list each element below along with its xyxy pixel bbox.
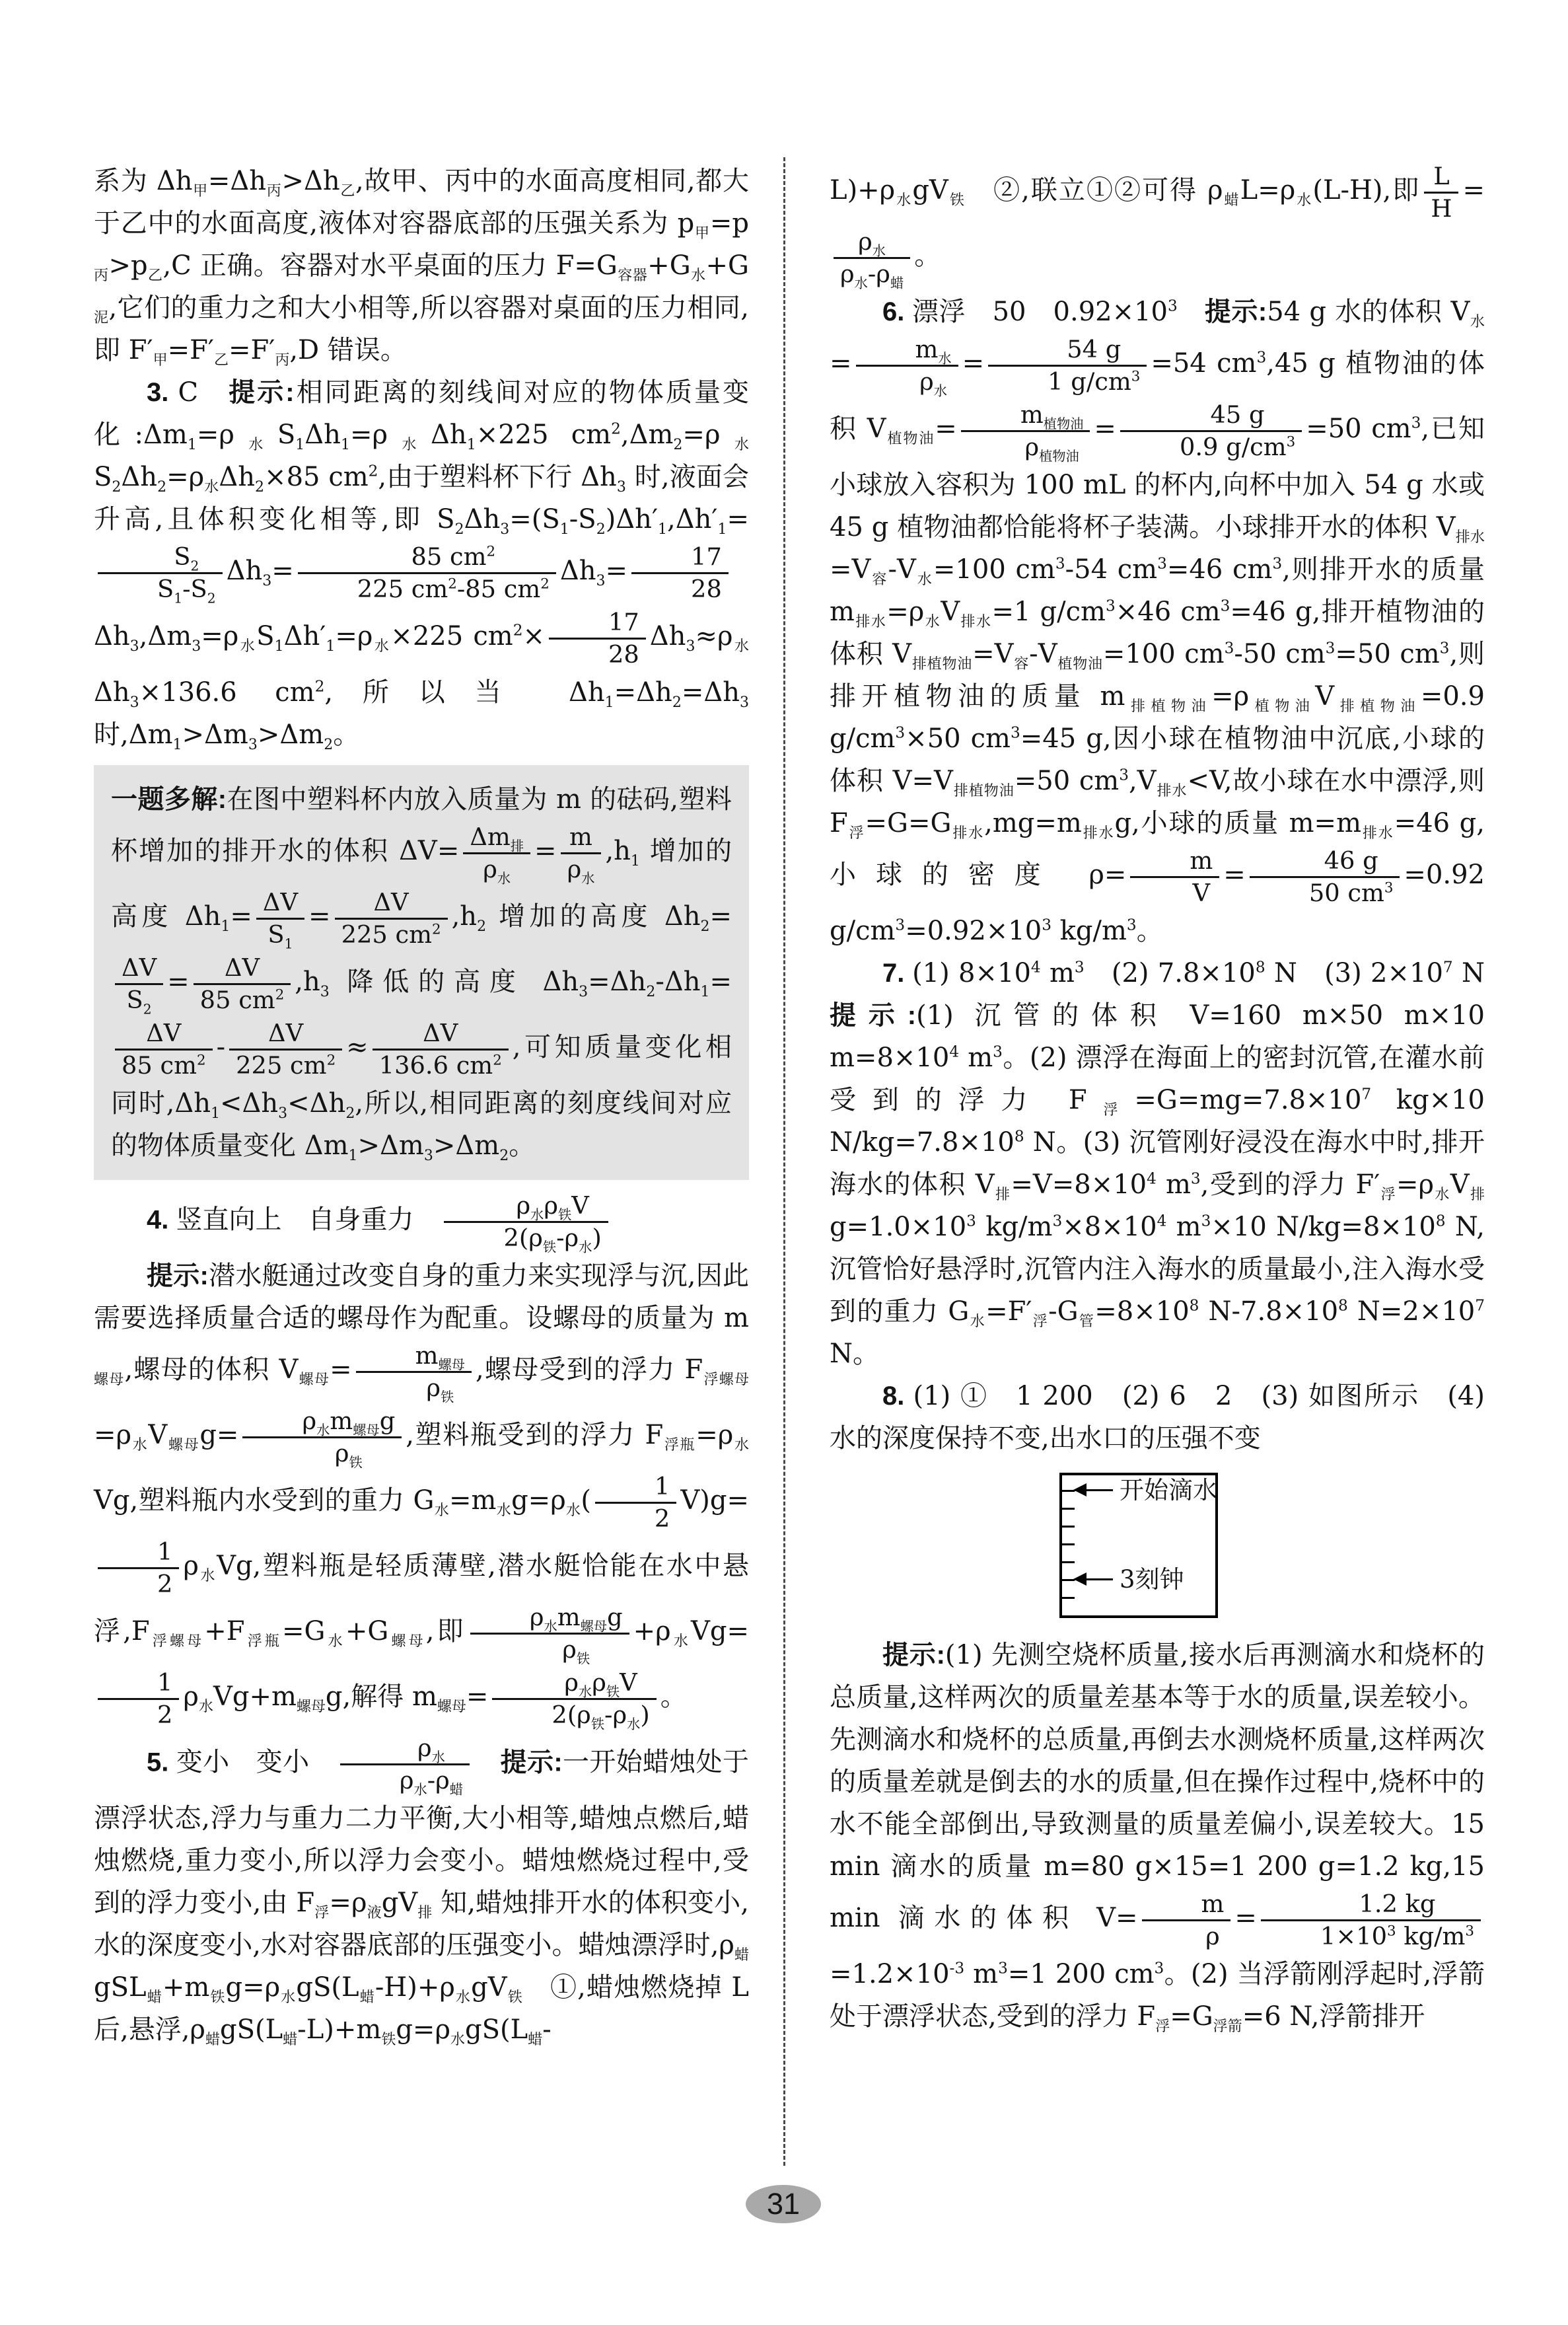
- subscript: 水: [455, 1989, 471, 2006]
- superscript: 3: [1191, 1170, 1201, 1188]
- fraction: mV: [1130, 846, 1219, 908]
- subscript: 排: [995, 1187, 1011, 1203]
- multi-solution-callout: 一题多解:在图中塑料杯内放入质量为 m 的砝码,塑料杯增加的排开水的体积 ΔV=…: [94, 765, 749, 1180]
- subscript: 水: [1295, 192, 1312, 209]
- superscript: 3: [966, 1212, 976, 1230]
- subscript: 水: [199, 1699, 213, 1715]
- superscript: 3: [1075, 959, 1085, 977]
- page-number: 31: [767, 2187, 800, 2221]
- subscript: 水: [496, 1502, 511, 1519]
- answer-item: 6. 漂浮 50 0.92×103 提示:54 g 水的体积 V水=m水ρ水=5…: [830, 291, 1485, 952]
- superscript: 8: [1190, 1297, 1199, 1315]
- subscript: 浮螺母: [703, 1372, 749, 1388]
- bold-label: 提示:: [147, 1261, 209, 1290]
- fraction: mρ水: [561, 822, 602, 885]
- subscript: 水: [497, 870, 511, 886]
- subscript: 铁: [558, 1206, 571, 1222]
- fraction: ΔV85 cm2: [115, 1018, 213, 1081]
- fraction: Δm排ρ水: [463, 822, 530, 885]
- subscript: 水: [581, 870, 594, 886]
- fraction: ΔVS1: [256, 887, 304, 950]
- fraction: S2S1-S2: [98, 542, 223, 605]
- subscript: 水: [855, 275, 868, 291]
- text-run: L)+ρ水gV铁 ②,联立①②可得 ρ蜡L=ρ水(L-H),即LH=ρ水ρ水-ρ…: [830, 175, 1485, 271]
- subscript: 甲: [192, 183, 207, 200]
- subscript: 水: [969, 1313, 985, 1330]
- subscript: 排水: [1082, 825, 1115, 842]
- subscript: 浮: [314, 1905, 329, 1921]
- subscript: 容器: [618, 268, 647, 284]
- subscript: 浮瓶: [663, 1437, 695, 1454]
- fraction: ρ水m螺母gρ铁: [242, 1406, 402, 1469]
- bold-label: 7.: [882, 959, 912, 988]
- subscript: 排: [1470, 1187, 1485, 1203]
- paragraph: 系为 Δh甲=Δh丙>Δh乙,故甲、丙中的水面高度相同,都大于乙中的水面高度,液…: [94, 160, 749, 371]
- subscript: 蜡: [147, 1989, 162, 2006]
- subscript: 液: [367, 1905, 381, 1921]
- subscript: 铁: [543, 1239, 556, 1255]
- subscript: 1: [285, 936, 293, 951]
- subscript: 排植物油: [1125, 698, 1211, 715]
- subscript: 管: [1079, 1313, 1095, 1330]
- superscript: 4: [1157, 1212, 1167, 1230]
- text-run: 系为 Δh甲=Δh丙>Δh乙,故甲、丙中的水面高度相同,都大于乙中的水面高度,液…: [94, 166, 749, 365]
- bold-label: 提示:: [882, 1641, 945, 1670]
- subscript: 1: [326, 638, 335, 655]
- subscript: 蜡: [890, 275, 904, 291]
- subscript: 1: [275, 638, 284, 655]
- superscript: 2: [315, 678, 325, 696]
- subscript: 1: [605, 694, 614, 711]
- fraction: ΔV85 cm2: [194, 953, 291, 1015]
- subscript: 水: [1434, 1187, 1450, 1203]
- subscript: 3: [500, 521, 509, 538]
- subscript: 排: [511, 838, 524, 854]
- subscript: 2: [190, 558, 199, 573]
- subscript: 3: [740, 694, 749, 711]
- subscript: 水: [938, 350, 951, 366]
- subscript: 2: [112, 479, 121, 496]
- fraction: 1.2 kg1×103 kg/m3: [1261, 1889, 1481, 1952]
- superscript: 3: [1201, 1212, 1211, 1230]
- superscript: 3: [1119, 766, 1129, 784]
- column-divider: [783, 157, 785, 2166]
- bold-label: 提示:: [501, 1748, 563, 1777]
- subscript: 排植物油: [953, 783, 1015, 799]
- subscript: 水: [530, 1206, 544, 1222]
- subscript: 排水: [1456, 529, 1485, 546]
- subscript: 3: [579, 984, 588, 1000]
- paragraph: 提示:潜水艇通过改变自身的重力来实现浮与沉,因此需要选择质量合适的螺母作为配重。…: [94, 1255, 749, 1732]
- superscript: 3: [1411, 414, 1421, 432]
- right-column: L)+ρ水gV铁 ②,联立①②可得 ρ蜡L=ρ水(L-H),即LH=ρ水ρ水-ρ…: [830, 160, 1485, 2038]
- subscript: 浮箭: [1213, 2018, 1242, 2035]
- subscript: 容: [1014, 656, 1030, 673]
- subscript: 水: [691, 268, 706, 284]
- superscript: 7: [1361, 1086, 1371, 1103]
- subscript: 3: [130, 694, 139, 711]
- scale-tick: [1062, 1561, 1075, 1563]
- workbook-answer-page: 系为 Δh甲=Δh丙>Δh乙,故甲、丙中的水面高度相同,都大于乙中的水面高度,液…: [0, 0, 1568, 2325]
- bold-label: 6.: [882, 297, 912, 326]
- text-run: 潜水艇通过改变自身的重力来实现浮与沉,因此需要选择质量合适的螺母作为配重。设螺母…: [94, 1261, 749, 1712]
- superscript: 3: [1384, 880, 1394, 897]
- subscript: 水: [326, 1633, 345, 1650]
- superscript: -3: [950, 1959, 965, 1977]
- subscript: 1: [174, 590, 182, 606]
- subscript: 铁: [507, 1989, 523, 2006]
- subscript: 容: [871, 572, 888, 588]
- subscript: 植物油: [1249, 698, 1315, 715]
- fraction: m螺母ρ铁: [356, 1341, 472, 1403]
- subscript: 水: [671, 1633, 691, 1650]
- superscript: 2: [327, 1052, 336, 1069]
- superscript: 2: [197, 1052, 206, 1069]
- subscript: 水: [733, 1437, 749, 1454]
- subscript: 2: [207, 590, 216, 606]
- subscript: 水: [373, 638, 390, 655]
- superscript: 3: [1042, 916, 1051, 934]
- superscript: 2: [448, 576, 457, 593]
- subscript: 水: [450, 2032, 465, 2048]
- bold-label: 提示:: [830, 1001, 916, 1030]
- bold-label: 3.: [147, 378, 178, 407]
- fraction: ρ水ρ铁V2(ρ铁-ρ水): [492, 1668, 656, 1730]
- subscript: 乙: [214, 352, 229, 369]
- subscript: 3: [192, 638, 201, 655]
- superscript: 3: [998, 1959, 1008, 1977]
- superscript: 3: [1155, 1959, 1164, 1977]
- subscript: 铁: [441, 1389, 454, 1405]
- subscript: 1: [349, 1148, 358, 1164]
- superscript: 3: [895, 916, 905, 934]
- subscript: 螺母: [297, 1699, 326, 1715]
- subscript: 浮螺母: [150, 1633, 205, 1650]
- answer-item: 3. C 提示:相同距离的刻线间对应的物体质量变化:Δm1=ρ水S1Δh1=ρ水…: [94, 371, 749, 756]
- subscript: 排水: [951, 825, 984, 842]
- subscript: 水: [234, 437, 277, 453]
- subscript: 铁: [948, 192, 966, 209]
- superscript: 2: [493, 1052, 502, 1069]
- subscript: 3: [686, 638, 695, 655]
- subscript: 2: [646, 984, 655, 1000]
- subscript: 1: [560, 521, 569, 538]
- subscript: 2: [143, 1001, 152, 1017]
- subscript: 1: [631, 853, 640, 869]
- superscript: 2: [540, 576, 550, 593]
- fraction: ρ水ρ水-ρ蜡: [340, 1733, 470, 1796]
- fraction: 45 g0.9 g/cm3: [1120, 400, 1302, 462]
- fraction: 12: [595, 1471, 676, 1534]
- text-run: (1) 8×104 m3 (2) 7.8×108 N (3) 2×107 N: [912, 958, 1511, 988]
- subscript: 水: [566, 1502, 581, 1519]
- answer-item: 8. (1) ① 1 200 (2) 6 2 (3) 如图所示 (4) 水的深度…: [830, 1375, 1485, 1459]
- subscript: 水: [316, 1422, 330, 1438]
- subscript: 水: [434, 1502, 449, 1519]
- subscript: 铁: [349, 1454, 363, 1470]
- subscript: 2: [477, 918, 486, 935]
- subscript: 水: [627, 1716, 640, 1732]
- superscript: 3: [1052, 1212, 1062, 1230]
- subscript: 水: [924, 614, 941, 630]
- answer-item: 4. 竖直向上 自身重力 ρ水ρ铁V2(ρ铁-ρ水): [94, 1189, 749, 1255]
- subscript: 螺母: [353, 1422, 379, 1438]
- superscript: 2: [611, 420, 621, 438]
- subscript: 铁: [606, 1683, 620, 1699]
- paragraph: L)+ρ水gV铁 ②,联立①②可得 ρ蜡L=ρ水(L-H),即LH=ρ水ρ水-ρ…: [830, 160, 1485, 291]
- text-run: (1) 沉管的体积 V=160 m×50 m×10 m=8×104 m3。(2)…: [830, 1000, 1485, 1369]
- superscript: 3: [1287, 434, 1296, 451]
- superscript: 2: [513, 622, 523, 640]
- fraction: LH: [1424, 161, 1458, 224]
- subscript: 水: [131, 1437, 148, 1454]
- text-run: 漂浮 50 0.92×103: [912, 297, 1205, 327]
- superscript: 3: [1011, 724, 1020, 742]
- subscript: 植物油: [1057, 656, 1103, 673]
- superscript: 7: [1475, 1297, 1485, 1315]
- bold-label: 提示:: [1205, 297, 1267, 326]
- page-number-badge: 31: [746, 2185, 821, 2223]
- subscript: 蜡: [283, 2032, 297, 2048]
- subscript: 3: [278, 1105, 287, 1122]
- superscript: 3: [1127, 916, 1137, 934]
- subscript: 1: [717, 521, 727, 538]
- text-run: 54 g 水的体积 V水=m水ρ水=54 g1 g/cm3=54 cm3,45 …: [830, 297, 1485, 946]
- fraction: ρ水ρ铁V2(ρ铁-ρ水): [444, 1191, 608, 1253]
- superscript: 8: [1338, 1297, 1348, 1315]
- superscript: 2: [432, 922, 441, 938]
- superscript: 3: [1055, 555, 1065, 573]
- bold-label: 8.: [882, 1382, 913, 1411]
- subscript: 2: [596, 521, 606, 538]
- superscript: 3: [1106, 597, 1116, 615]
- subscript: 排水: [855, 614, 886, 630]
- scale-tick: [1062, 1526, 1075, 1528]
- subscript: 2: [324, 737, 333, 753]
- subscript: 水: [720, 437, 749, 453]
- subscript: 水: [204, 479, 219, 496]
- subscript: 3: [248, 737, 258, 753]
- text-run: (1) ① 1 200 (2) 6 2 (3) 如图所示 (4) 水的深度保持不…: [830, 1381, 1485, 1454]
- subscript: 水: [934, 383, 947, 398]
- bold-label: 4.: [147, 1205, 176, 1234]
- scale-tick: [1062, 1597, 1075, 1599]
- superscript: 3: [993, 1043, 1003, 1061]
- subscript: 蜡: [734, 1947, 749, 1964]
- subscript: 水: [732, 638, 748, 655]
- subscript: 植物油: [1044, 416, 1084, 431]
- subscript: 水: [1470, 314, 1485, 330]
- subscript: 排水: [1157, 783, 1188, 799]
- superscript: 8: [1256, 959, 1265, 977]
- subscript: 铁: [577, 1650, 590, 1666]
- superscript: 4: [1147, 1170, 1157, 1188]
- paragraph: 提示:(1) 先测空烧杯质量,接水后再测滴水和烧杯的总质量,这样两次的质量差基本…: [830, 1634, 1485, 2038]
- subscript: 水: [413, 1781, 427, 1797]
- bold-label: 5.: [147, 1748, 176, 1777]
- scale-tick: [1062, 1543, 1075, 1545]
- subscript: 1: [221, 918, 230, 935]
- figure-label: 开始滴水: [1120, 1478, 1217, 1502]
- figure-label: 3刻钟: [1120, 1567, 1184, 1592]
- superscript: 3: [895, 724, 905, 742]
- subscript: 3: [320, 984, 330, 1000]
- subscript: 丙: [266, 183, 281, 200]
- subscript: 螺母: [94, 1372, 124, 1388]
- fraction: m植物油ρ植物油: [961, 400, 1090, 462]
- fraction: 12: [98, 1668, 179, 1730]
- subscript: 乙: [148, 268, 163, 284]
- figure-annotation: 3刻钟: [1075, 1567, 1184, 1593]
- fraction: m水ρ水: [856, 334, 958, 397]
- superscript: 2: [487, 544, 496, 560]
- subscript: 浮: [1380, 1187, 1396, 1203]
- subscript: 铁: [591, 1716, 604, 1732]
- fraction: 54 g1 g/cm3: [988, 334, 1147, 397]
- subscript: 蜡: [1223, 192, 1240, 209]
- fraction: 1728: [631, 542, 729, 605]
- superscript: 3: [1465, 1923, 1474, 1940]
- subscript: 水: [579, 1239, 592, 1255]
- subscript: 水: [579, 1683, 592, 1699]
- fraction: 85 cm2225 cm2-85 cm2: [298, 542, 556, 605]
- subscript: 2: [499, 1148, 509, 1164]
- fraction: mρ: [1142, 1889, 1231, 1952]
- left-arrow-icon: [1075, 1578, 1113, 1580]
- superscript: 3: [1387, 1923, 1396, 1940]
- subscript: 水: [432, 1749, 445, 1765]
- bold-label: 提示:: [229, 378, 294, 407]
- subscript: 1: [341, 437, 350, 453]
- subscript: 丙: [94, 268, 108, 284]
- fraction: ρ水m螺母gρ铁: [470, 1602, 629, 1665]
- subscript: 1: [211, 1105, 220, 1122]
- subscript: 蜡: [359, 1989, 375, 2006]
- text-run: 竖直向上 自身重力 ρ水ρ铁V2(ρ铁-ρ水): [176, 1204, 612, 1235]
- subscript: 浮: [1087, 1102, 1135, 1119]
- subscript: 蜡: [450, 1781, 463, 1797]
- fraction: ρ水ρ水-ρ蜡: [834, 227, 910, 289]
- subscript: 1: [188, 437, 197, 453]
- subscript: 排: [417, 1905, 432, 1921]
- subscript: 浮: [848, 825, 865, 842]
- subscript: 铁: [381, 2032, 396, 2048]
- paragraph: 一题多解:在图中塑料杯内放入质量为 m 的砝码,塑料杯增加的排开水的体积 ΔV=…: [111, 778, 732, 1167]
- subscript: 铁: [209, 1989, 225, 2006]
- subscript: 3: [424, 1148, 433, 1164]
- text-run: C: [178, 377, 229, 408]
- text-run: (1) 先测空烧杯质量,接水后再测滴水和烧杯的总质量,这样两次的质量差基本等于水…: [830, 1640, 1485, 2032]
- subscript: 1: [658, 521, 667, 538]
- subscript: 排水: [960, 614, 991, 630]
- subscript: 2: [672, 694, 682, 711]
- subscript: 3: [596, 573, 606, 589]
- fraction: ΔV225 cm2: [229, 1018, 342, 1081]
- figure-annotation: 开始滴水: [1075, 1477, 1217, 1504]
- superscript: 3: [1168, 297, 1178, 315]
- subscript: 植物油: [1039, 448, 1079, 464]
- superscript: 2: [275, 987, 285, 1004]
- text-run: 变小 变小 ρ水ρ水-ρ蜡: [176, 1747, 501, 1777]
- superscript: 3: [1440, 640, 1450, 657]
- subscript: 浮: [1032, 1313, 1048, 1330]
- superscript: 3: [1326, 640, 1336, 657]
- superscript: 3: [1221, 597, 1230, 615]
- subscript: 3: [617, 479, 626, 496]
- subscript: 螺母: [298, 1372, 330, 1388]
- subscript: 植物油: [886, 431, 935, 447]
- answer-item: 5. 变小 变小 ρ水ρ水-ρ蜡 提示:一开始蜡烛处于漂浮状态,浮力与重力二力平…: [94, 1732, 749, 2051]
- subscript: 排水: [1361, 825, 1394, 842]
- subscript: 3: [262, 573, 271, 589]
- left-column: 系为 Δh甲=Δh丙>Δh乙,故甲、丙中的水面高度相同,都大于乙中的水面高度,液…: [94, 160, 749, 2051]
- subscript: 2: [700, 918, 709, 935]
- dripper-scale-figure: 开始滴水3刻钟: [1059, 1473, 1218, 1618]
- subscript: 乙: [340, 183, 355, 200]
- subscript: 螺母: [167, 1437, 199, 1454]
- subscript: 螺母: [437, 1699, 466, 1715]
- subscript: 甲: [153, 352, 168, 369]
- superscript: 3: [1272, 555, 1282, 573]
- left-arrow-icon: [1075, 1489, 1113, 1491]
- fraction: 46 g50 cm3: [1250, 846, 1400, 908]
- fraction: ΔV136.6 cm2: [373, 1018, 509, 1081]
- subscript: 1: [295, 437, 304, 453]
- subscript: 水: [895, 192, 912, 209]
- subscript: 2: [455, 521, 464, 538]
- subscript: 水: [280, 1989, 296, 2006]
- superscript: 2: [369, 462, 378, 480]
- subscript: 1: [467, 437, 476, 453]
- superscript: 7: [1443, 959, 1453, 977]
- subscript: 水: [388, 437, 431, 453]
- subscript: 甲: [694, 225, 710, 242]
- subscript: 2: [255, 479, 264, 496]
- superscript: 3: [1131, 369, 1141, 385]
- superscript: 8: [1015, 1128, 1024, 1146]
- fraction: 1728: [549, 607, 646, 670]
- superscript: 4: [1031, 959, 1041, 977]
- subscript: 2: [157, 479, 166, 496]
- text-run: 相同距离的刻线间对应的物体质量变化:Δm1=ρ水S1Δh1=ρ水Δh1×225 …: [94, 377, 749, 750]
- subscript: 3: [130, 638, 139, 655]
- subscript: 丙: [275, 352, 289, 369]
- subscript: 2: [673, 437, 682, 453]
- subscript: 蜡: [528, 2032, 542, 2048]
- text-run: 在图中塑料杯内放入质量为 m 的砝码,塑料杯增加的排开水的体积 ΔV=Δm排ρ水…: [111, 784, 732, 1161]
- subscript: 排植物油: [911, 656, 972, 673]
- superscript: 3: [1225, 640, 1234, 657]
- fraction: ΔVS2: [115, 953, 163, 1015]
- subscript: 水: [873, 242, 886, 258]
- subscript: 浮: [1155, 2018, 1170, 2035]
- fraction: 12: [98, 1537, 179, 1600]
- subscript: 水: [544, 1618, 557, 1634]
- subscript: 水: [238, 638, 256, 655]
- subscript: 2: [345, 1105, 355, 1122]
- bold-label: 一题多解:: [111, 785, 227, 814]
- subscript: 1: [700, 984, 709, 1000]
- superscript: 8: [1436, 1212, 1446, 1230]
- subscript: 1: [173, 737, 182, 753]
- superscript: 3: [1256, 349, 1266, 367]
- answer-item: 7. (1) 8×104 m3 (2) 7.8×108 N (3) 2×107 …: [830, 952, 1485, 1375]
- subscript: 水: [916, 572, 933, 588]
- subscript: 浮瓶: [245, 1633, 282, 1650]
- subscript: 蜡: [205, 2032, 220, 2048]
- subscript: 泥: [94, 310, 108, 326]
- superscript: 4: [949, 1043, 959, 1061]
